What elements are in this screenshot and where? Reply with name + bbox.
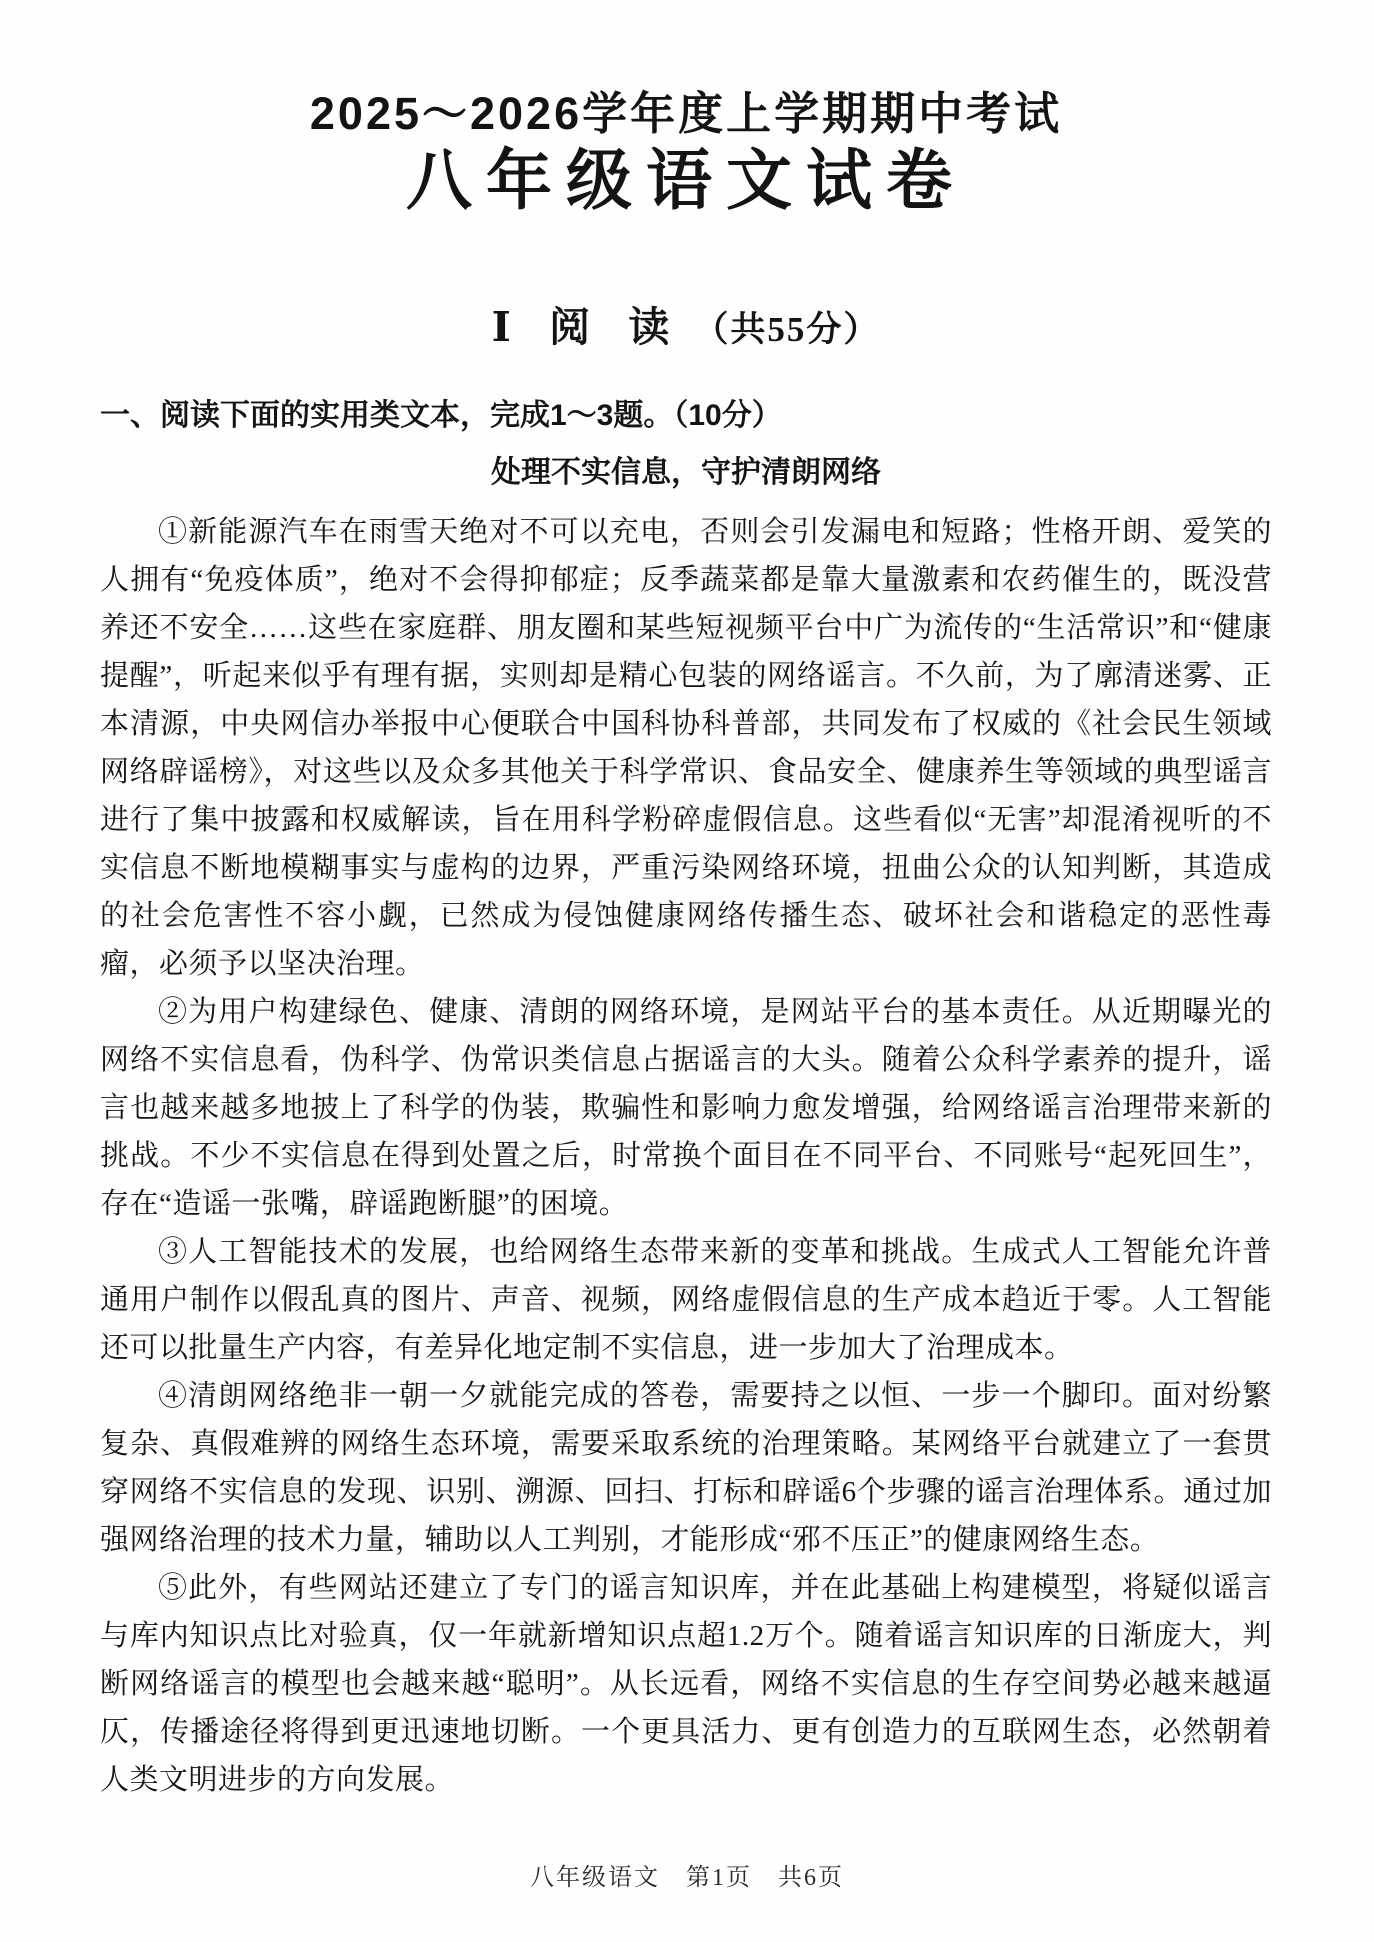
paper-title: 八年级语文试卷	[100, 146, 1272, 215]
article-paragraph-4: ④清朗网络绝非一朝一夕就能完成的答卷，需要持之以恒、一步一个脚印。面对纷繁复杂、…	[100, 1372, 1272, 1564]
article-paragraph-3: ③人工智能技术的发展，也给网络生态带来新的变革和挑战。生成式人工智能允许普通用户…	[100, 1228, 1272, 1372]
article-paragraph-5: ⑤此外，有些网站还建立了专门的谣言知识库，并在此基础上构建模型，将疑似谣言与库内…	[100, 1564, 1272, 1804]
exam-session-title: 2025～2026学年度上学期期中考试	[100, 88, 1272, 140]
question-one-instruction: 一、阅读下面的实用类文本，完成1～3题。（10分）	[100, 396, 1272, 435]
paper-header: 2025～2026学年度上学期期中考试 八年级语文试卷	[100, 88, 1272, 215]
exam-paper-page: 2025～2026学年度上学期期中考试 八年级语文试卷 Ⅰ 阅 读（共55分） …	[0, 0, 1374, 1942]
section-score-note: （共55分）	[693, 310, 880, 349]
page-footer: 八年级语文 第1页 共6页	[0, 1857, 1374, 1892]
article-paragraph-1: ①新能源汽车在雨雪天绝对不可以充电，否则会引发漏电和短路；性格开朗、爱笑的人拥有…	[100, 508, 1272, 988]
article-paragraph-2: ②为用户构建绿色、健康、清朗的网络环境，是网站平台的基本责任。从近期曝光的网络不…	[100, 988, 1272, 1228]
article-body: ①新能源汽车在雨雪天绝对不可以充电，否则会引发漏电和短路；性格开朗、爱笑的人拥有…	[100, 508, 1272, 1804]
section-heading: Ⅰ 阅 读（共55分）	[100, 305, 1272, 350]
article-title: 处理不实信息，守护清朗网络	[100, 453, 1272, 492]
section-title: Ⅰ 阅 读	[492, 304, 684, 350]
